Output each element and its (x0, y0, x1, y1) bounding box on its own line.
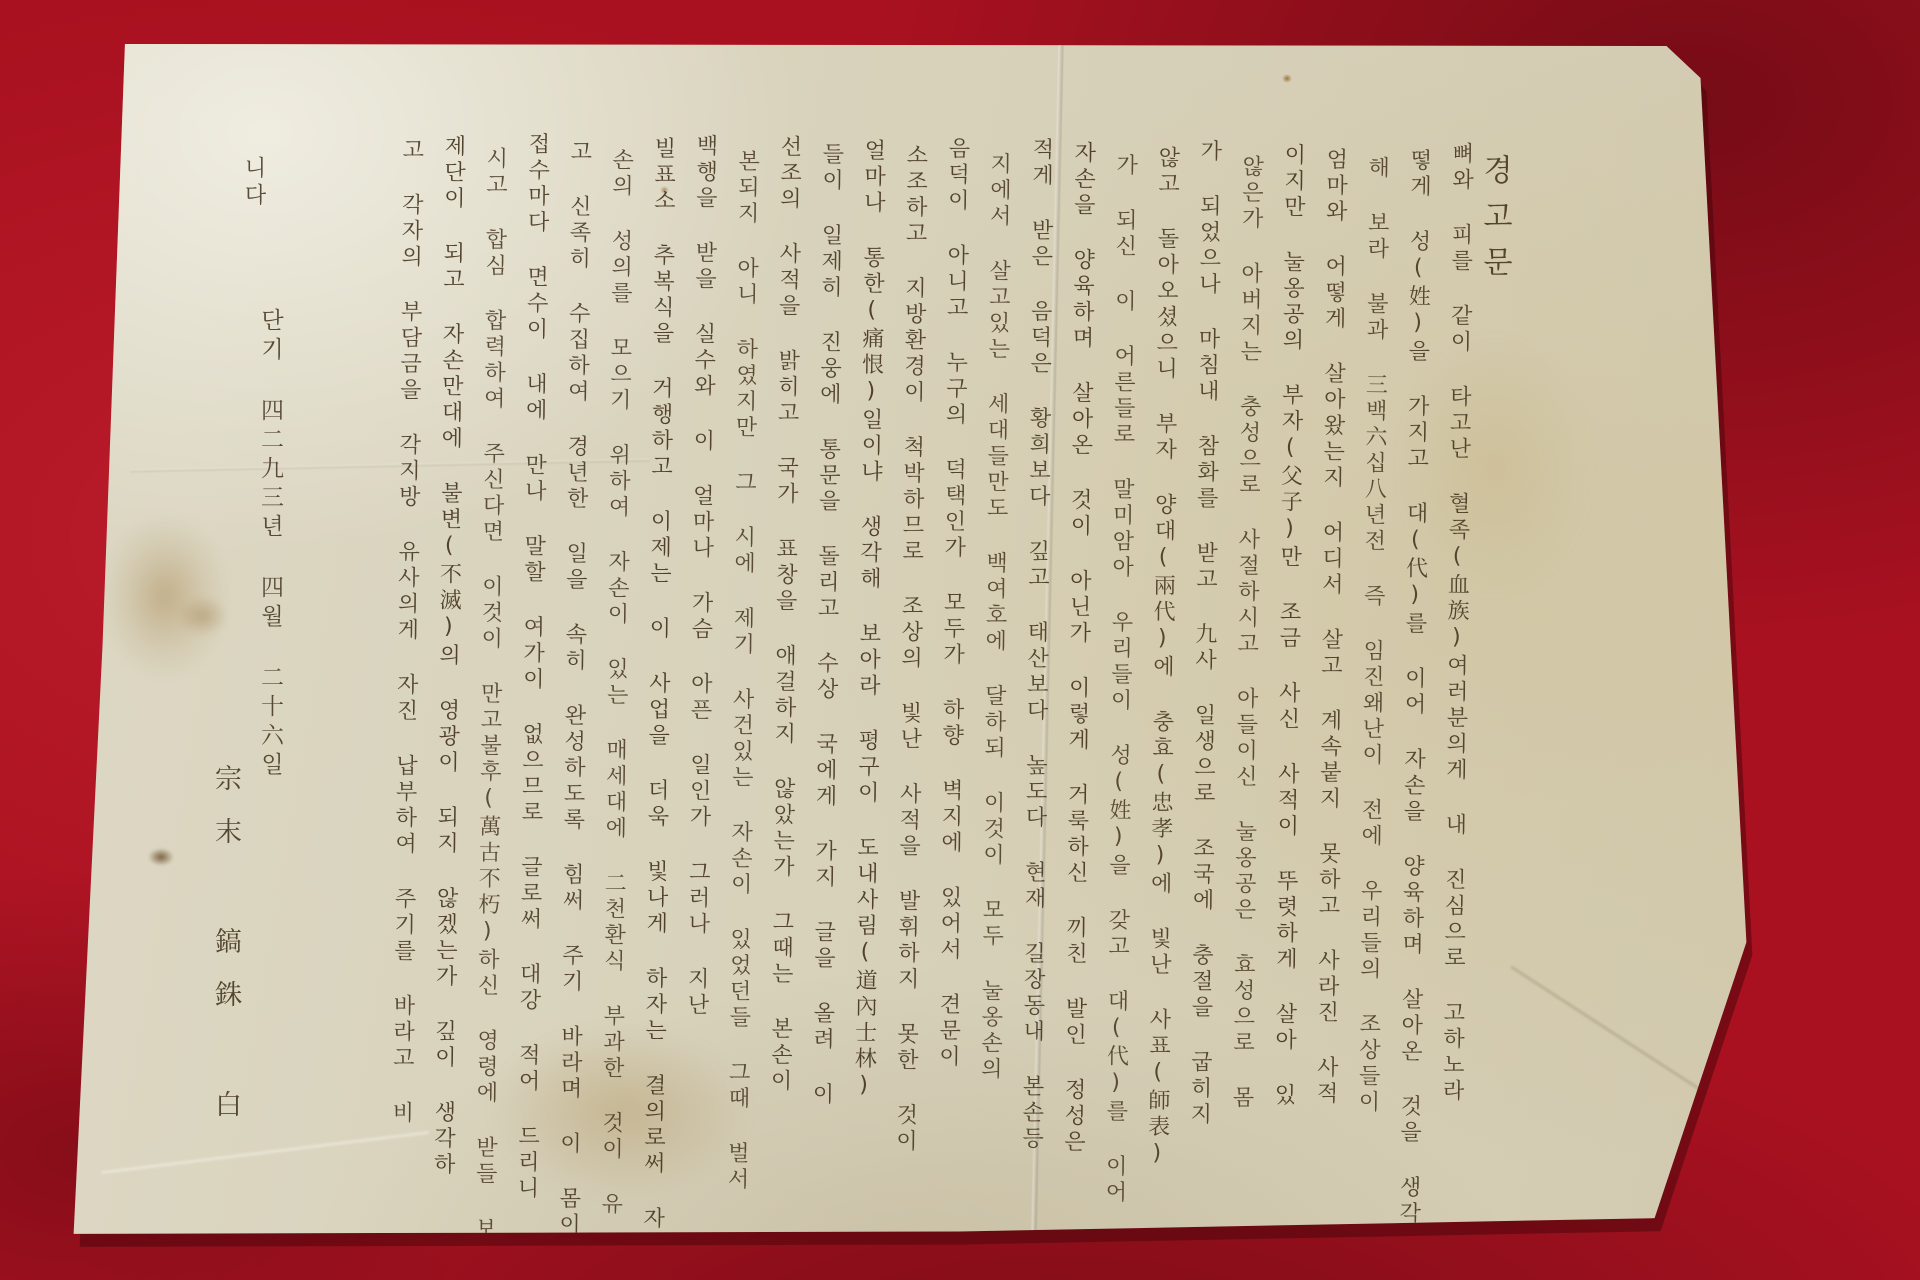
date-line: 단기 四二九三년 四월 二十六일 (254, 308, 287, 781)
text-column: 음덕이 아니고 누구의 덕택인가 모두가 하향 벽지에 있어서 견문이 (936, 136, 968, 1070)
text-column: 접수마다 면수이 내에 만나 말할 여가이 없으므로 글로써 대강 적어 드리니 (515, 132, 548, 1202)
closing-fragment: 니다 (238, 156, 269, 210)
bottom-right-crease (1510, 965, 1730, 1109)
document-body-columns: 뼈와 피를 같이 타고난 혈족(血族)여러분의게 내 진심으로 고하노라떻게 성… (380, 131, 1482, 1094)
text-column: 소조하고 지방환경이 척박하므로 조상의 빛난 사적을 발휘하지 못한 것이 (893, 143, 926, 1155)
center-fold-crease (1031, 42, 1063, 1234)
stain-top-dot (1282, 74, 1292, 83)
upper-left-crease (130, 459, 650, 473)
text-column: 들이 일제히 진웅에 통문을 돌리고 수상 국에게 가지 글을 올려 이 (810, 142, 842, 1108)
paper-wrap: 경고문 뼈와 피를 같이 타고난 혈족(血族)여러분의게 내 진심으로 고하노라… (60, 36, 1760, 1246)
text-column: 떻게 성(姓)을 가지고 대(代)를 이어 자손을 양육하며 살아온 것을 생각 (1397, 148, 1430, 1227)
text-column: 엄마와 어떻게 살아왔는지 어디서 살고 계속붙지 못하고 사라진 사적 (1314, 147, 1346, 1107)
signature: 宗末 鎬銖 白 (206, 764, 245, 1143)
text-column: 않은가 아버지는 충성으로 사절하시고 아들이신 눌옹공은 효성으로 몸 (1230, 154, 1262, 1111)
text-column: 가 되신 이 어른들로 말미암아 우리들이 성(姓)을 갖고 대(代)를 이어 (1103, 153, 1136, 1206)
text-column: 고 각자의 부담금을 각지방 유사의게 자진 납부하여 주기를 바라고 비 (390, 138, 422, 1127)
text-column: 적게 받은 음덕은 황희보다 깊고 태산보다 높도다 현재 길장동내 본손등 (1019, 137, 1052, 1152)
text-column: 고 신족히 수집하여 경년한 일을 속히 완성하도록 힘써 주기 바라며 이 몸… (556, 139, 590, 1238)
text-column: 해 보라 불과 三백六십八년전 즉 임진왜난이 전에 우리들의 조상들이 (1356, 156, 1388, 1116)
stain-left-lower-spot (148, 848, 174, 866)
text-column: 빌표소 추복식을 거행하고 이제는 이 사업을 더욱 빛나게 하자는 결의로써 … (641, 136, 674, 1232)
text-column: 제단이 되고 자손만대에 불변(不滅)의 영광이 되지 않겠는가 깊이 생각하 (431, 134, 464, 1178)
text-column: 손의 성의를 모으기 위하여 자손이 있는 매세대에 二천환식 부과한 것이 유 (599, 148, 632, 1218)
text-column: 얼마나 통한(痛恨)일이냐 생각해 보아라 평구이 도내사림(道內士林) (852, 139, 884, 1102)
stain-left-small (178, 596, 228, 636)
stain-middle-dot (660, 186, 669, 194)
stain-bottom-center (490, 1026, 750, 1196)
stain-left-middle (100, 514, 230, 679)
stain-right-patch (1400, 336, 1590, 596)
document-paper: 경고문 뼈와 피를 같이 타고난 혈족(血族)여러분의게 내 진심으로 고하노라… (60, 36, 1760, 1246)
document-title: 경고문 (1472, 154, 1516, 292)
text-column: 본되지 아니 하였지만 그 시에 제기 사건있는 자손이 있었던들 그때 벌서 (725, 149, 758, 1193)
text-column: 지에서 살고있는 세대들만도 백여호에 달하되 이것이 모두 눌옹손의 (978, 152, 1010, 1083)
text-column: 이지만 눌옹공의 부자(父子)만 조금 사신 사적이 뚜렷하게 살아 있 (1272, 143, 1304, 1109)
text-column: 가 되었으나 마침내 참화를 받고 九사 일생으로 조국에 충절을 굽히지 (1188, 139, 1220, 1128)
text-column: 뼈와 피를 같이 타고난 혈족(血族)여러분의게 내 진심으로 고하노라 (1440, 142, 1472, 1105)
text-column: 않고 돌아오셨으니 부자 양대(兩代)에 충효(忠孝)에 빛난 사표(師表) (1145, 146, 1178, 1170)
text-column: 자손을 양육하며 살아온 것이 아닌가 이렇게 거룩하신 끼친 발인 정성은 (1061, 141, 1094, 1156)
text-column: 선조의 사적을 밝히고 국가 표창을 애걸하지 않았는가 그때는 본손이 (768, 135, 800, 1095)
text-column: 백행을 받을 실수와 이 얼마나 가슴 아픈 일인가 그러나 지난 (685, 134, 716, 1019)
text-column: 시고 합심 합력하여 주신다면 이것이 만고불후(萬古不朽)하신 영령에 받들 … (472, 147, 505, 1243)
bottom-left-crease (101, 1131, 429, 1174)
